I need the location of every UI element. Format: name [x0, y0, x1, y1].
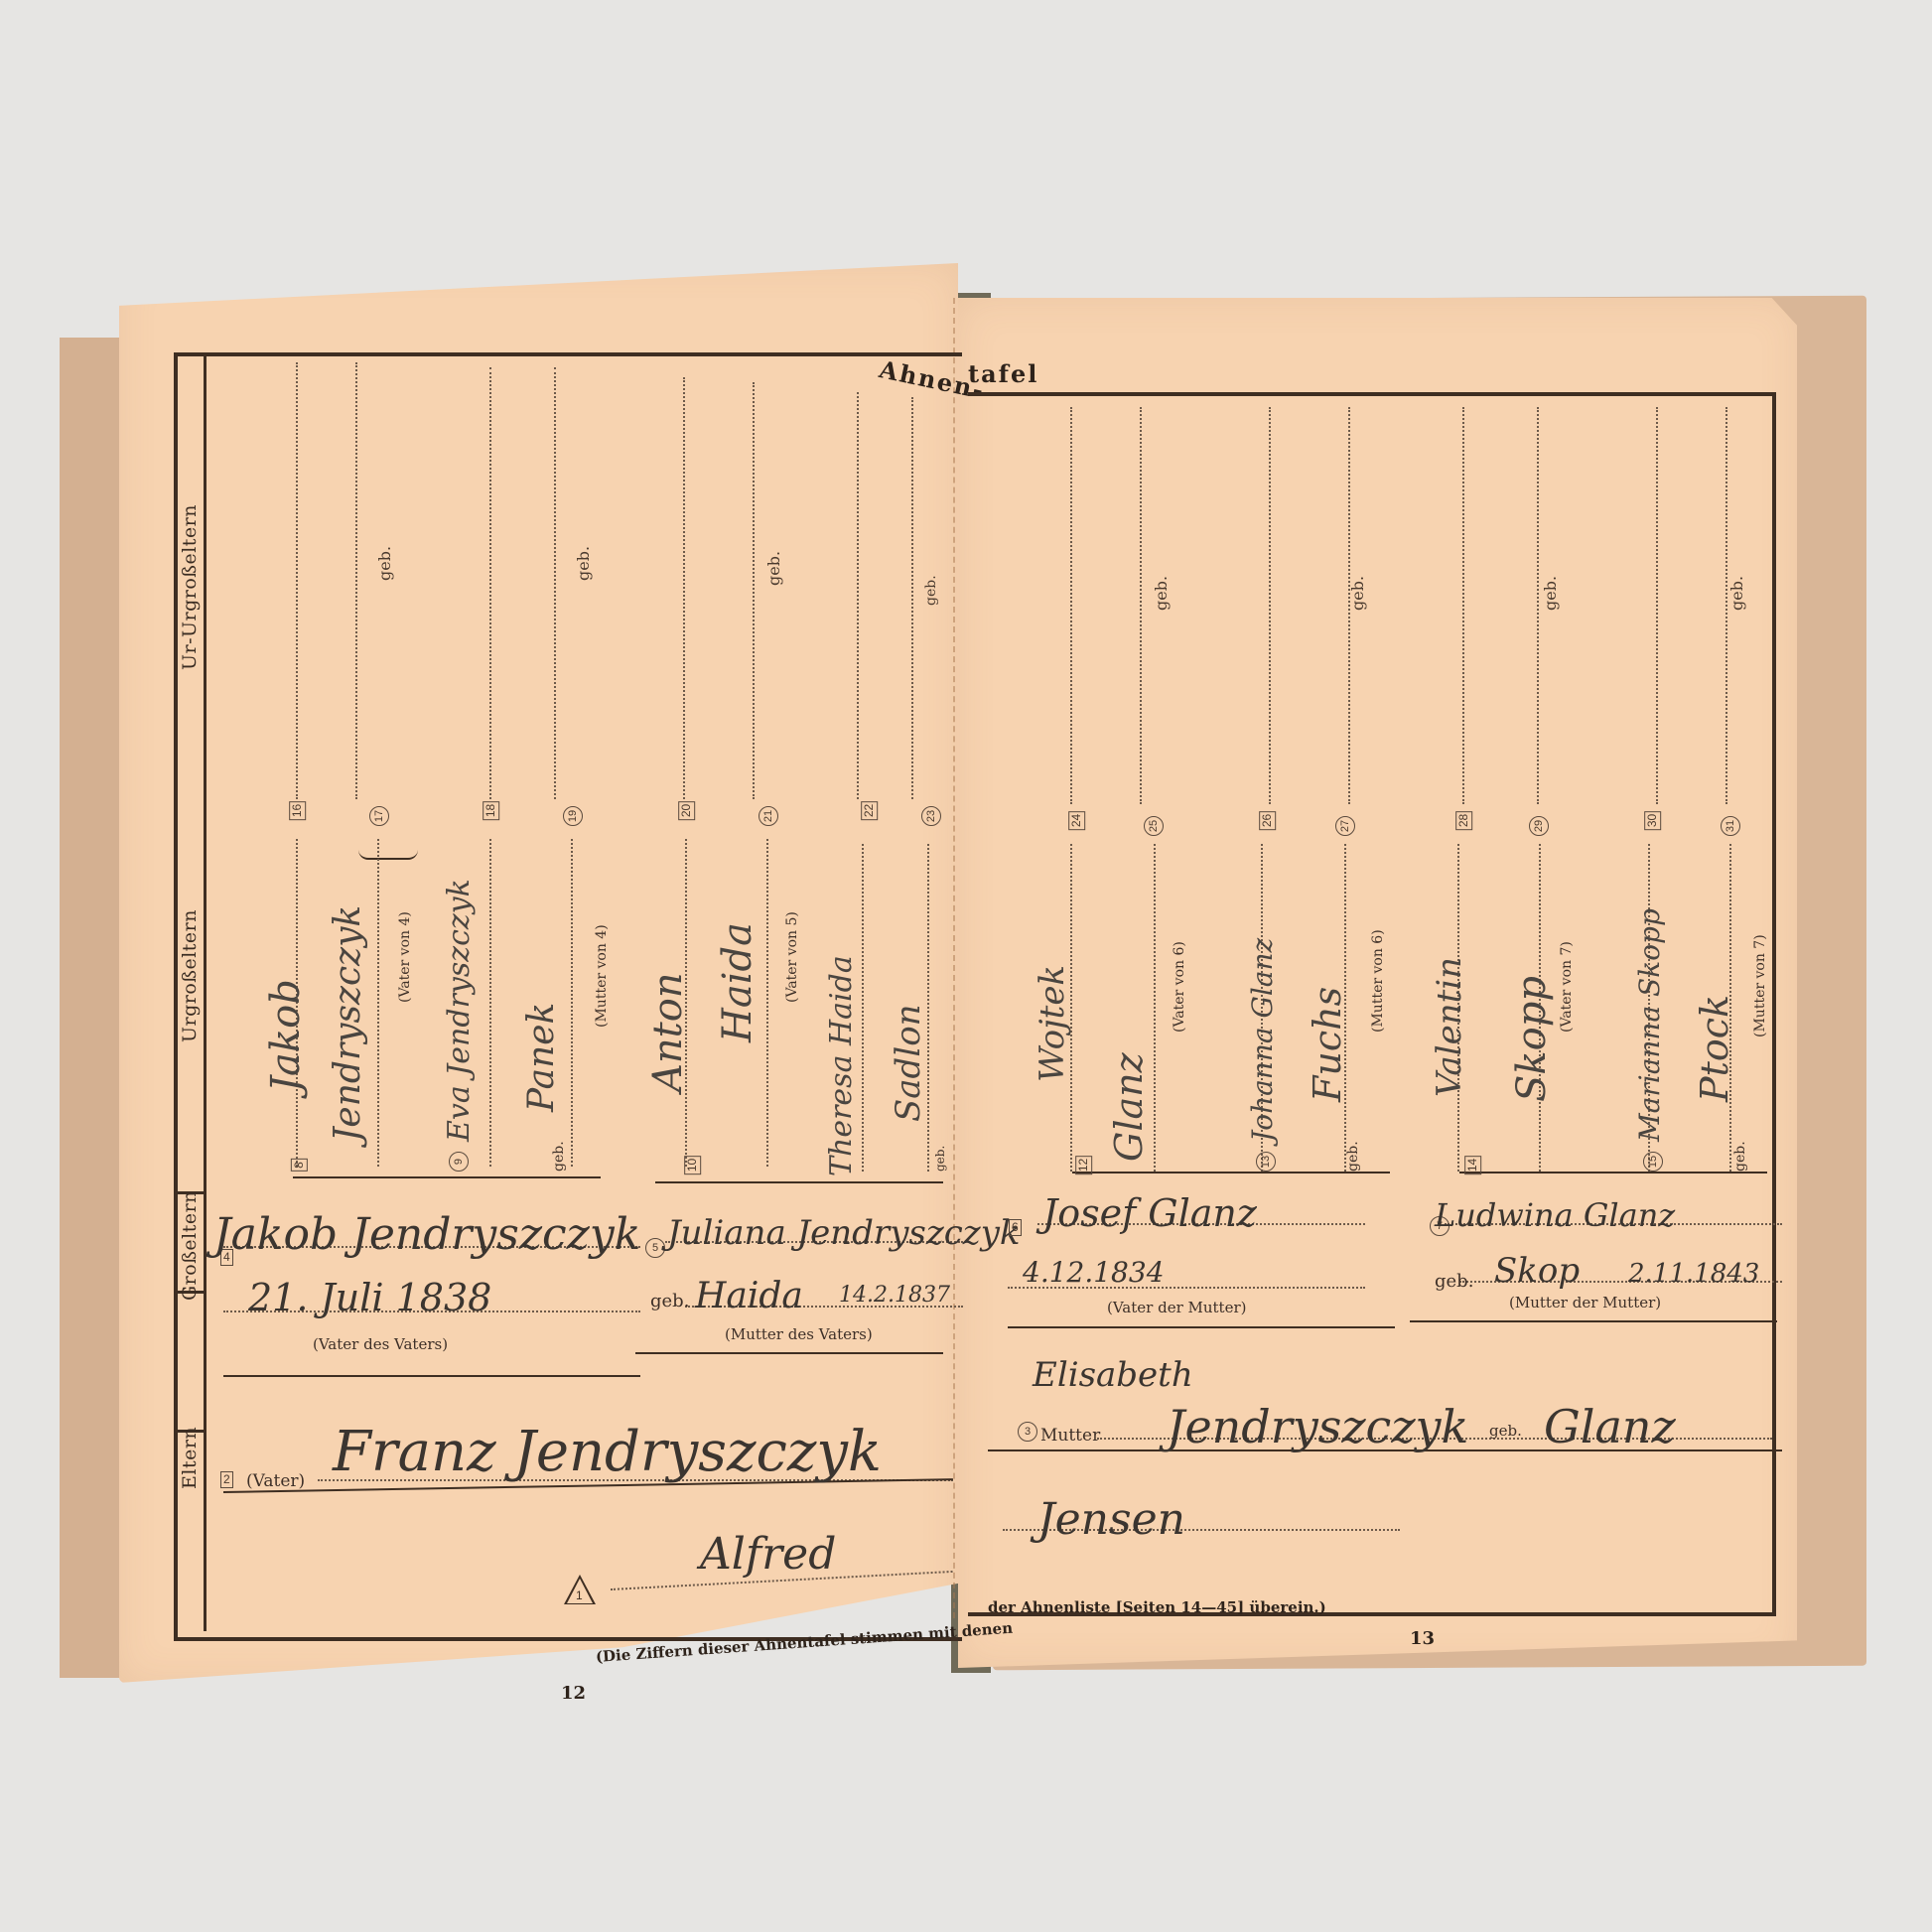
handwritten-name: Fuchs [1306, 987, 1349, 1102]
dotted-line [1656, 407, 1658, 804]
handwritten-name: Jakob [263, 979, 309, 1092]
slot-number: 15 [1643, 1152, 1663, 1172]
slot-number: 31 [1721, 816, 1740, 836]
column-label-grosseltern: Großeltern [179, 1190, 201, 1301]
handwritten-date: 4.12.1834 [1023, 1256, 1165, 1289]
slot-number: 22 [861, 801, 878, 820]
handwritten-name: Josef Glanz [1042, 1191, 1257, 1235]
caption: (Mutter von 6) [1370, 929, 1386, 1033]
handwritten-name: Jakob Jendryszczyk [213, 1209, 640, 1260]
slot-number: 10 [684, 1156, 701, 1174]
slot-number: 5 [645, 1238, 665, 1258]
dotted-line [1269, 407, 1271, 804]
slot-number: 25 [1144, 816, 1164, 836]
handwritten-maiden-name: Skop [1494, 1251, 1580, 1291]
caption: (Vater der Mutter) [1107, 1299, 1247, 1316]
handwritten-name: Juliana Jendryszczyk [667, 1213, 1021, 1253]
geb-label: geb. [1727, 576, 1746, 611]
slot-number: 19 [563, 806, 583, 826]
geb-label: geb. [551, 1141, 567, 1172]
dotted-line [1154, 844, 1156, 1172]
dotted-line [862, 844, 864, 1172]
handwritten-name: Skopp [1509, 976, 1555, 1102]
dotted-line [683, 377, 685, 799]
geb-label: geb. [574, 546, 593, 581]
dotted-line [489, 839, 491, 1167]
label-column-divider [204, 355, 207, 1631]
dotted-line [1140, 407, 1142, 804]
slot-number: 8 [291, 1159, 308, 1172]
dotted-line [571, 839, 573, 1167]
caption: (Vater von 5) [784, 911, 800, 1003]
slot-number: 26 [1259, 811, 1276, 830]
handwritten-name: Panek [521, 1003, 562, 1112]
title-right: tafel [968, 359, 1038, 388]
geb-label: geb. [1152, 576, 1171, 611]
slot-number: 2 [220, 1471, 233, 1488]
bracket-line [655, 1181, 943, 1183]
dotted-line [554, 367, 556, 799]
proband-number: 1 [576, 1588, 583, 1602]
dotted-line [766, 839, 768, 1167]
brace [358, 848, 418, 860]
slot-number: 3 [1018, 1422, 1037, 1442]
handwritten-last-name: Jensen [1037, 1494, 1185, 1545]
slot-number: 18 [483, 801, 499, 820]
handwritten-maiden-name: Haida [695, 1276, 803, 1316]
page-number-right: 13 [1410, 1628, 1435, 1649]
bracket-line [1410, 1320, 1777, 1322]
dotted-line [753, 382, 755, 799]
handwritten-name: Marianna Skopp [1633, 908, 1666, 1142]
handwritten-first-name: Elisabeth [1033, 1355, 1193, 1395]
slot-number: 16 [289, 801, 306, 820]
handwritten-maiden-name: Glanz [1544, 1400, 1676, 1453]
geb-label: geb. [650, 1291, 689, 1311]
page-number-left: 12 [561, 1683, 586, 1704]
handwritten-name: Haida [715, 922, 760, 1042]
caption: (Mutter des Vaters) [725, 1325, 873, 1343]
caption: (Vater von 4) [397, 911, 413, 1003]
caption: (Vater von 7) [1559, 941, 1575, 1033]
handwritten-name: Sadlon [889, 1004, 928, 1122]
dotted-line [355, 362, 357, 799]
handwritten-date: 14.2.1837 [839, 1283, 950, 1308]
slot-number: 29 [1529, 816, 1549, 836]
dotted-line [857, 392, 859, 799]
geb-label: geb. [375, 546, 394, 581]
slot-number: 20 [678, 801, 695, 820]
slot-number: 23 [921, 806, 941, 826]
column-label-urgrosseltern: Urgroßeltern [179, 909, 201, 1042]
geb-label: geb. [1732, 1141, 1748, 1172]
mutter-label: Mutter [1040, 1426, 1100, 1446]
dotted-line [489, 367, 491, 799]
column-label-eltern: Eltern [179, 1427, 201, 1489]
geb-label: geb. [933, 1146, 947, 1172]
handwritten-name: Johanna Glanz [1246, 938, 1279, 1142]
bracket-line [1072, 1172, 1390, 1173]
dotted-line [1070, 407, 1072, 804]
slot-number: 27 [1335, 816, 1355, 836]
bracket-line [635, 1352, 943, 1354]
handwritten-date: 21. Juli 1838 [248, 1276, 491, 1319]
column-label-ur-urgrosseltern: Ur-Urgroßeltern [179, 504, 201, 670]
geb-label: geb. [1345, 1141, 1361, 1172]
handwritten-name: Ptock [1693, 995, 1736, 1102]
geb-label: geb. [1348, 576, 1367, 611]
caption: (Mutter der Mutter) [1509, 1294, 1661, 1311]
slot-number: 13 [1256, 1152, 1276, 1172]
handwritten-name: Jendryszczyk [1167, 1400, 1468, 1453]
slot-number: 21 [759, 806, 778, 826]
bracket-line [1008, 1326, 1395, 1328]
caption: (Mutter von 4) [594, 924, 610, 1028]
caption: (Vater des Vaters) [313, 1335, 448, 1353]
handwritten-name: Wojtek [1033, 965, 1072, 1082]
slot-number: 6 [1009, 1219, 1022, 1236]
caption: (Vater von 6) [1172, 941, 1187, 1033]
footnote-right: der Ahnenliste [Seiten 14—45] überein.) [988, 1598, 1326, 1616]
geb-label: geb. [1435, 1271, 1473, 1292]
bracket-line [223, 1375, 640, 1377]
geb-label: geb. [923, 575, 939, 606]
handwritten-name: Ludwina Glanz [1435, 1196, 1675, 1234]
slot-number: 24 [1068, 811, 1085, 830]
handwritten-name: Valentin [1430, 957, 1469, 1097]
handwritten-name: Jendryszczyk [328, 905, 368, 1142]
geb-label: geb. [764, 551, 783, 586]
dotted-line [1537, 407, 1539, 804]
bracket-line [1459, 1172, 1767, 1173]
geb-label: geb. [1489, 1422, 1522, 1440]
slot-number: 14 [1464, 1156, 1481, 1174]
slot-number: 12 [1075, 1156, 1092, 1174]
handwritten-name: Glanz [1107, 1052, 1151, 1162]
handwritten-name: Franz Jendryszczyk [333, 1420, 882, 1484]
dotted-line [296, 362, 298, 799]
vater-label: (Vater) [246, 1471, 305, 1491]
handwritten-date: 2.11.1843 [1628, 1259, 1759, 1289]
slot-number: 17 [369, 806, 389, 826]
slot-number: 30 [1644, 811, 1661, 830]
caption: (Mutter von 7) [1752, 934, 1768, 1037]
dotted-line [911, 397, 913, 799]
handwritten-first-name: Alfred [700, 1529, 836, 1580]
dotted-line [1462, 407, 1464, 804]
slot-number: 9 [449, 1152, 469, 1172]
bracket-line [293, 1176, 601, 1178]
handwritten-name: Eva Jendryszczyk [442, 879, 477, 1142]
slot-number: 28 [1455, 811, 1472, 830]
geb-label: geb. [1541, 576, 1560, 611]
dotted-line [377, 839, 379, 1167]
handwritten-name: Anton [645, 972, 691, 1092]
handwritten-name: Theresa Haida [824, 955, 859, 1176]
